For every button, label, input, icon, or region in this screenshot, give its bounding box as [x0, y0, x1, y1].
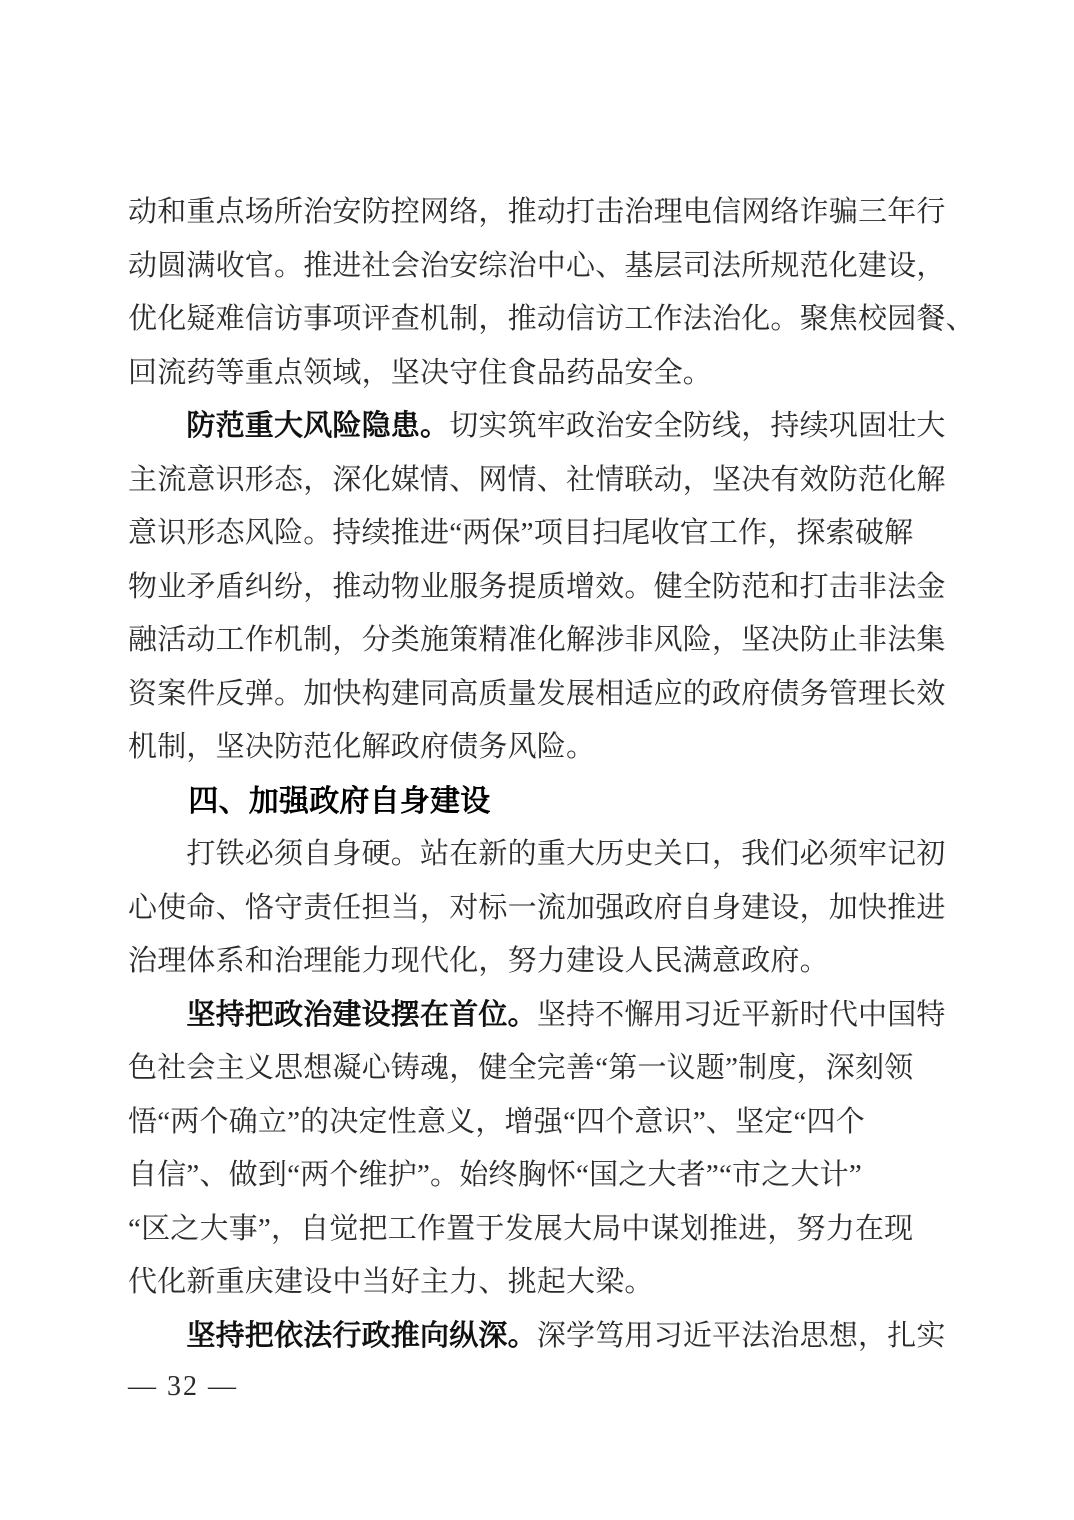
- body-line-text: 自信”、做到“两个维护”。始终胸怀“国之大者”“市之大计”: [128, 1159, 862, 1191]
- body-line-text: 主流意识形态，深化媒情、网情、社情联动，坚决有效防范化解: [128, 464, 946, 496]
- body-line-text: 动圆满收官。推进社会治安综治中心、基层司法所规范化建设，: [128, 250, 946, 282]
- body-line: 打铁必须自身硬。站在新的重大历史关口，我们必须牢记初: [128, 828, 952, 882]
- body-line: 主流意识形态，深化媒情、网情、社情联动，坚决有效防范化解: [128, 454, 952, 508]
- body-line: 坚持把依法行政推向纵深。深学笃用习近平法治思想，扎实: [128, 1310, 952, 1364]
- body-line-text: 色社会主义思想凝心铸魂，健全完善“第一议题”制度，深刻领: [128, 1052, 913, 1084]
- body-line-text: 物业矛盾纠纷，推动物业服务提质增效。健全防范和打击非法金: [128, 571, 946, 603]
- body-line-text: 回流药等重点领域，坚决守住食品药品安全。: [128, 357, 712, 389]
- body-line: 优化疑难信访事项评查机制，推动信访工作法治化。聚焦校园餐、: [128, 293, 952, 347]
- body-line: 自信”、做到“两个维护”。始终胸怀“国之大者”“市之大计”: [128, 1149, 952, 1203]
- body-line-text: 机制，坚决防范化解政府债务风险。: [128, 731, 595, 763]
- body-line-text: 打铁必须自身硬。站在新的重大历史关口，我们必须牢记初: [128, 838, 946, 870]
- document-text-block: 动和重点场所治安防控网络，推动打击治理电信网络诈骗三年行 动圆满收官。推进社会治…: [128, 186, 952, 1363]
- body-line: 治理体系和治理能力现代化，努力建设人民满意政府。: [128, 935, 952, 989]
- body-line-text: 深学笃用习近平法治思想，扎实: [537, 1320, 946, 1352]
- body-line: 回流药等重点领域，坚决守住食品药品安全。: [128, 347, 952, 401]
- body-line: “区之大事”，自觉把工作置于发展大局中谋划推进，努力在现: [128, 1203, 952, 1257]
- body-line-bold-lead: 防范重大风险隐患。: [128, 410, 449, 442]
- section-heading: 四、加强政府自身建设: [128, 775, 952, 829]
- body-line-text: 融活动工作机制，分类施策精准化解涉非风险，坚决防止非法集: [128, 624, 946, 656]
- body-line-text: 意识形态风险。持续推进“两保”项目扫尾收官工作，探索破解: [128, 517, 913, 549]
- body-line: 动和重点场所治安防控网络，推动打击治理电信网络诈骗三年行: [128, 186, 952, 240]
- body-line: 坚持把政治建设摆在首位。坚持不懈用习近平新时代中国特: [128, 989, 952, 1043]
- section-heading-text: 四、加强政府自身建设: [128, 785, 490, 818]
- body-line-text: 心使命、恪守责任担当，对标一流加强政府自身建设，加快推进: [128, 892, 946, 924]
- body-line: 资案件反弹。加快构建同高质量发展相适应的政府债务管理长效: [128, 668, 952, 722]
- body-line-text: 代化新重庆建设中当好主力、挑起大梁。: [128, 1266, 654, 1298]
- body-line: 融活动工作机制，分类施策精准化解涉非风险，坚决防止非法集: [128, 614, 952, 668]
- body-line: 色社会主义思想凝心铸魂，健全完善“第一议题”制度，深刻领: [128, 1042, 952, 1096]
- body-line: 悟“两个确立”的决定性意义，增强“四个意识”、坚定“四个: [128, 1096, 952, 1150]
- body-line-text: 治理体系和治理能力现代化，努力建设人民满意政府。: [128, 945, 829, 977]
- body-line: 物业矛盾纠纷，推动物业服务提质增效。健全防范和打击非法金: [128, 561, 952, 615]
- body-line-text: 动和重点场所治安防控网络，推动打击治理电信网络诈骗三年行: [128, 196, 946, 228]
- body-line: 代化新重庆建设中当好主力、挑起大梁。: [128, 1256, 952, 1310]
- page-number: — 32 —: [128, 1372, 238, 1402]
- body-line: 心使命、恪守责任担当，对标一流加强政府自身建设，加快推进: [128, 882, 952, 936]
- body-line-text: “区之大事”，自觉把工作置于发展大局中谋划推进，努力在现: [128, 1213, 913, 1245]
- body-line-text: 资案件反弹。加快构建同高质量发展相适应的政府债务管理长效: [128, 678, 946, 710]
- body-line-text: 悟“两个确立”的决定性意义，增强“四个意识”、坚定“四个: [128, 1106, 865, 1138]
- body-line-bold-lead: 坚持把依法行政推向纵深。: [128, 1320, 537, 1352]
- body-line-bold-lead: 坚持把政治建设摆在首位。: [128, 999, 537, 1031]
- body-line-text: 坚持不懈用习近平新时代中国特: [537, 999, 946, 1031]
- body-line: 意识形态风险。持续推进“两保”项目扫尾收官工作，探索破解: [128, 507, 952, 561]
- body-line: 动圆满收官。推进社会治安综治中心、基层司法所规范化建设，: [128, 240, 952, 294]
- body-line-text: 切实筑牢政治安全防线，持续巩固壮大: [449, 410, 945, 442]
- document-page: 动和重点场所治安防控网络，推动打击治理电信网络诈骗三年行 动圆满收官。推进社会治…: [0, 0, 1074, 1520]
- body-line: 防范重大风险隐患。切实筑牢政治安全防线，持续巩固壮大: [128, 400, 952, 454]
- body-line-text: 优化疑难信访事项评查机制，推动信访工作法治化。聚焦校园餐、: [128, 303, 975, 335]
- body-line: 机制，坚决防范化解政府债务风险。: [128, 721, 952, 775]
